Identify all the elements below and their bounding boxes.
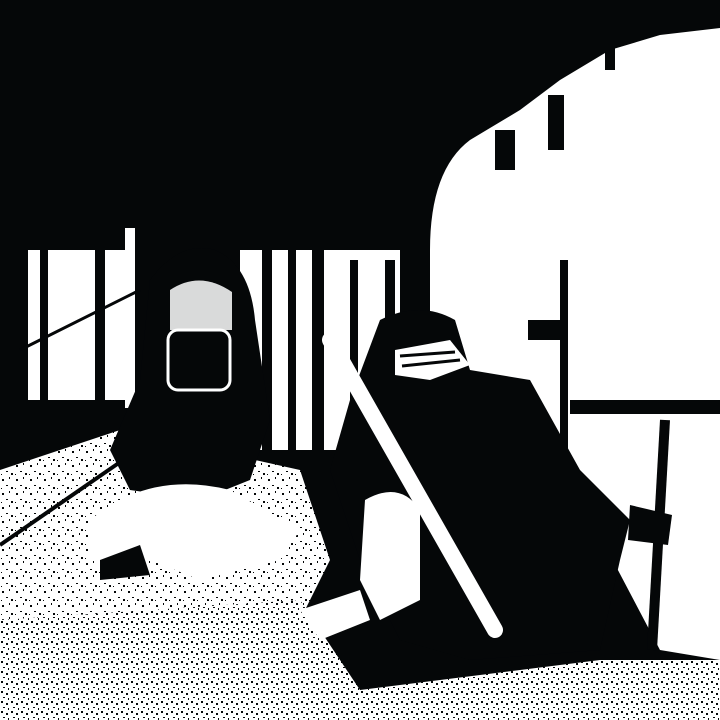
photo-scene [0, 0, 720, 720]
welding-mask [168, 330, 230, 390]
